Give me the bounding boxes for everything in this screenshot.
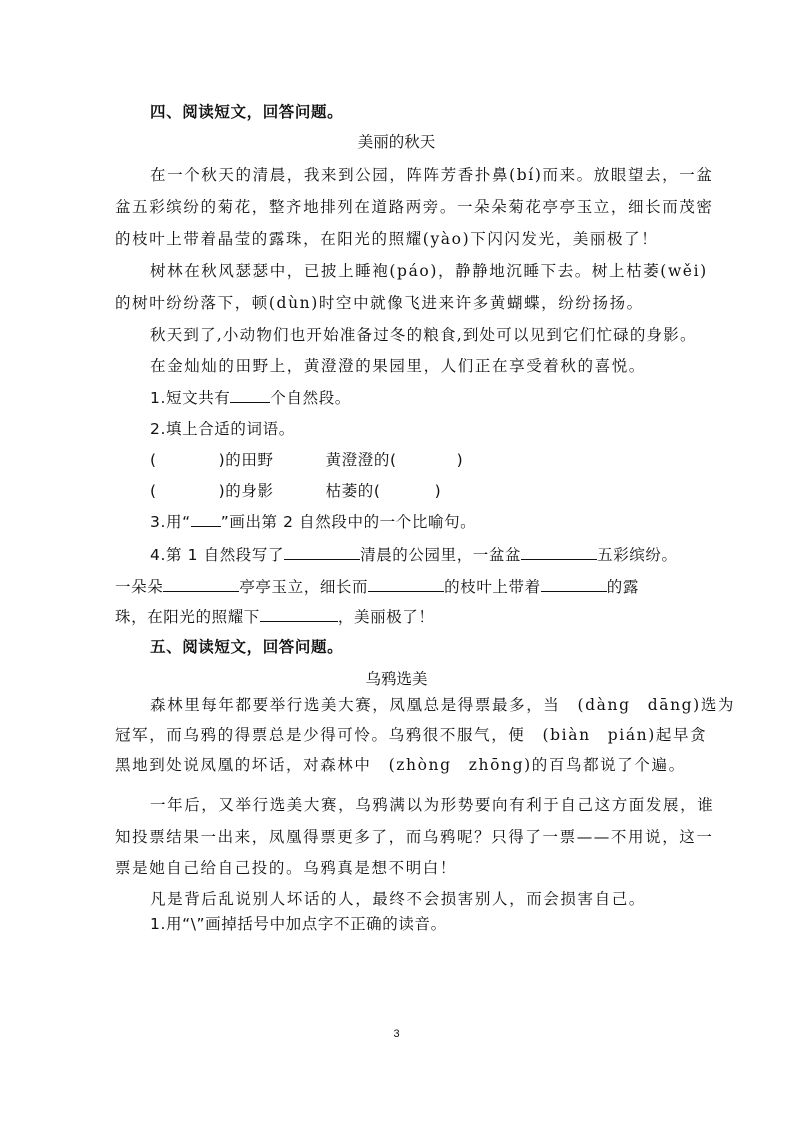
answer-blank[interactable]: [368, 577, 444, 592]
question-text: ”画出第 2 自然段中的一个比喻句。: [221, 513, 477, 531]
section5-heading: 五、阅读短文，回答问题。: [150, 637, 343, 657]
question-4-line-2: 一朵朵亭亭玉立，细长而的枝叶上带着的露: [115, 577, 639, 597]
underline-sample: [191, 512, 221, 527]
passage-line: 票是她自己给自己投的。乌鸦真是想不明白！: [115, 858, 457, 878]
section4-heading: 四、阅读短文，回答问题。: [150, 102, 343, 122]
question-text: 一朵朵: [115, 578, 163, 596]
section5-title: 乌鸦选美: [0, 669, 793, 689]
passage-line: 冠军，而乌鸦的得票总是少得可怜。乌鸦很不服气，便 (biàn pián)起早贪: [115, 725, 707, 745]
question-text: 的露: [607, 578, 639, 596]
passage-line: 森林里每年都要举行选美大赛，凤凰总是得票最多，当 (dàng dāng)选为: [150, 695, 735, 715]
passage-line: 盆五彩缤纷的菊花，整齐地排列在道路两旁。一朵朵菊花亭亭玉立，细长而茂密: [115, 197, 714, 217]
question-text: 珠，在阳光的照耀下: [115, 608, 260, 626]
passage-line: 的枝叶上带着晶莹的露珠，在阳光的照耀(yào)下闪闪发光，美丽极了！: [115, 229, 658, 249]
passage-line: 一年后，又举行选美大赛，乌鸦满以为形势要向有利于自己这方面发展，谁: [150, 795, 714, 815]
answer-blank[interactable]: [230, 388, 270, 403]
question-3: 3.用“”画出第 2 自然段中的一个比喻句。: [150, 512, 476, 532]
passage-line: 在一个秋天的清晨，我来到公园，阵阵芳香扑鼻(bí)而来。放眼望去，一盆: [150, 165, 713, 185]
phrase-text: )的身影: [219, 482, 274, 500]
phrase-text: 黄澄澄的(: [326, 451, 397, 469]
section5-question-1: 1.用“\”画掉括号中加点字不正确的读音。: [150, 914, 447, 934]
section4-title: 美丽的秋天: [0, 132, 793, 152]
question-text: 个自然段。: [270, 389, 351, 407]
passage-line: 树林在秋风瑟瑟中，已披上睡袍(páo)，静静地沉睡下去。树上枯萎(wěi): [150, 261, 708, 281]
question-text: 清晨的公园里，一盆盆: [360, 546, 521, 564]
answer-blank[interactable]: [260, 607, 338, 622]
phrase-text: 枯萎的(: [326, 482, 381, 500]
passage-line: 秋天到了,小动物们也开始准备过冬的粮食,到处可以见到它们忙碌的身影。: [150, 325, 697, 345]
answer-blank[interactable]: [284, 545, 360, 560]
paren-close: ): [457, 451, 464, 469]
question-text: 3.用“: [150, 513, 191, 531]
answer-blank[interactable]: [521, 545, 597, 560]
passage-line: 黑地到处说凤凰的坏话，对森林中 (zhòng zhōng)的百鸟都说了个遍。: [115, 755, 686, 775]
question-2-row-2: ()的身影枯萎的(): [150, 481, 441, 501]
question-4-line-1: 4.第 1 自然段写了清晨的公园里，一盆盆五彩缤纷。: [150, 545, 678, 565]
question-text: 亭亭玉立，细长而: [239, 578, 368, 596]
question-text: 1.短文共有: [150, 389, 230, 407]
question-1: 1.短文共有个自然段。: [150, 388, 351, 408]
answer-blank[interactable]: [541, 577, 607, 592]
passage-line: 知投票结果一出来，凤凰得票更多了，而乌鸦呢？只得了一票——不用说，这一: [115, 827, 714, 847]
question-text: 4.第 1 自然段写了: [150, 546, 284, 564]
paren-close: ): [435, 482, 442, 500]
page-number: 3: [0, 1028, 793, 1040]
question-2-label: 2.填上合适的词语。: [150, 419, 295, 439]
phrase-text: )的田野: [219, 451, 274, 469]
paren-open: (: [150, 451, 157, 469]
paren-open: (: [150, 482, 157, 500]
passage-line: 的树叶纷纷落下，顿(dùn)时空中就像飞进来许多黄蝴蝶，纷纷扬扬。: [115, 293, 644, 313]
answer-blank[interactable]: [163, 577, 239, 592]
question-text: ，美丽极了！: [338, 608, 435, 626]
passage-line: 凡是背后乱说别人坏话的人，最终不会损害别人，而会损害自己。: [150, 889, 646, 909]
question-text: 五彩缤纷。: [597, 546, 678, 564]
worksheet-page: 四、阅读短文，回答问题。 美丽的秋天 在一个秋天的清晨，我来到公园，阵阵芳香扑鼻…: [0, 0, 793, 1122]
passage-line: 在金灿灿的田野上，黄澄澄的果园里，人们正在享受着秋的喜悦。: [150, 356, 646, 376]
question-2-row-1: ()的田野黄澄澄的(): [150, 450, 463, 470]
question-4-line-3: 珠，在阳光的照耀下，美丽极了！: [115, 607, 435, 627]
question-text: 的枝叶上带着: [444, 578, 541, 596]
